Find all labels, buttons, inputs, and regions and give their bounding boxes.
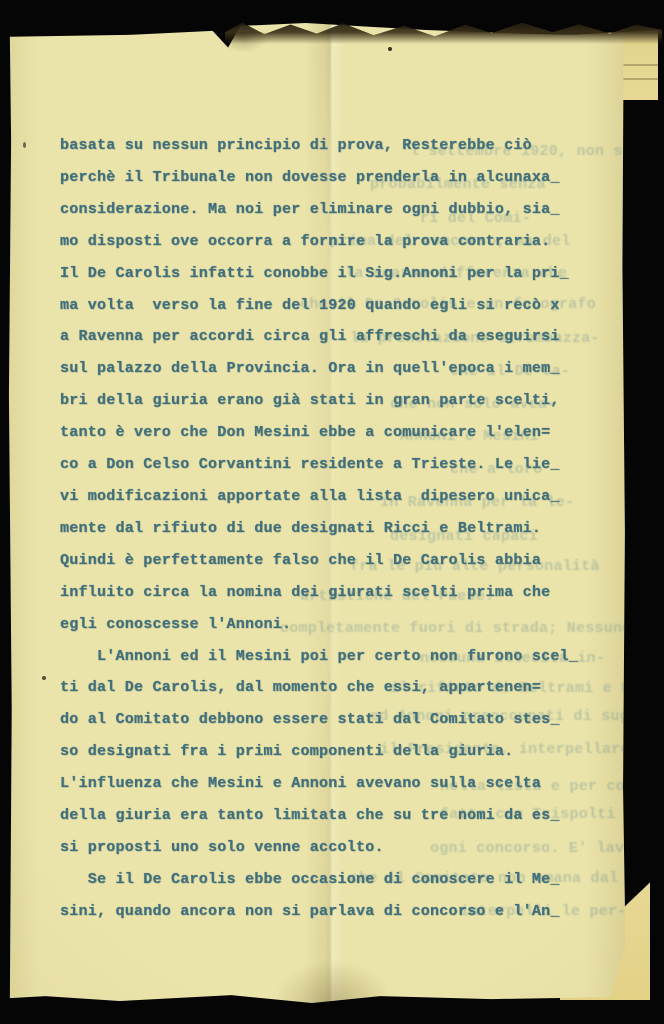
- typed-line: considerazione. Ma noi per eliminare ogn…: [60, 194, 578, 226]
- typed-line: Se il De Carolis ebbe occasione di conos…: [60, 864, 578, 896]
- typed-line: egli conoscesse l'Annoni.: [60, 609, 578, 641]
- typed-line: so designati fra i primi componenti dell…: [60, 736, 578, 768]
- typed-line: perchè il Tribunale non dovesse prenderl…: [60, 162, 578, 194]
- typed-line: bri della giuria erano già stati in gran…: [60, 385, 578, 417]
- typed-line: sul palazzo della Provincia. Ora in quel…: [60, 353, 578, 385]
- typed-line: L'influenza che Mesini e Annoni avevano …: [60, 768, 578, 800]
- paper-speck: [388, 47, 392, 51]
- typed-line: sini, quando ancora non si parlava di co…: [60, 896, 578, 928]
- typed-line: si proposti uno solo venne accolto.: [60, 832, 578, 864]
- typed-line: vi modificazioni apportate alla lista di…: [60, 481, 578, 513]
- typed-line: Quindi è perfettamente falso che il De C…: [60, 545, 578, 577]
- typed-line: basata su nessun principio di prova, Res…: [60, 130, 578, 162]
- typed-line: tanto è vero che Don Mesini ebbe a comun…: [60, 417, 578, 449]
- paper-speck: [42, 676, 46, 680]
- bottom-fold-crease: [278, 958, 388, 1004]
- typed-line: do al Comitato debbono essere stati dal …: [60, 704, 578, 736]
- typed-line: della giuria era tanto limitata che su t…: [60, 800, 578, 832]
- typed-text-block: basata su nessun principio di prova, Res…: [60, 130, 578, 928]
- paper-speck: [23, 142, 26, 148]
- typed-line: Il De Carolis infatti conobbe il Sig.Ann…: [60, 258, 578, 290]
- typed-line: a Ravenna per accordi circa gli affresch…: [60, 321, 578, 353]
- typed-line: mente dal rifiuto di due designati Ricci…: [60, 513, 578, 545]
- typed-line: ti dal De Carolis, dal momento che essi,…: [60, 672, 578, 704]
- typed-line: co a Don Celso Corvantini residente a Tr…: [60, 449, 578, 481]
- typed-line: ma volta verso la fine del 1920 quando e…: [60, 290, 578, 322]
- top-fold-crease: [220, 32, 266, 58]
- document-page: l settembre 1920, non siprobabilmente se…: [8, 22, 628, 1004]
- typed-line: L'Annoni ed il Mesini poi per certo non …: [60, 641, 578, 673]
- typed-line: mo disposti ove occorra a fornire la pro…: [60, 226, 578, 258]
- typed-line: influito circa la nomina dei giurati sce…: [60, 577, 578, 609]
